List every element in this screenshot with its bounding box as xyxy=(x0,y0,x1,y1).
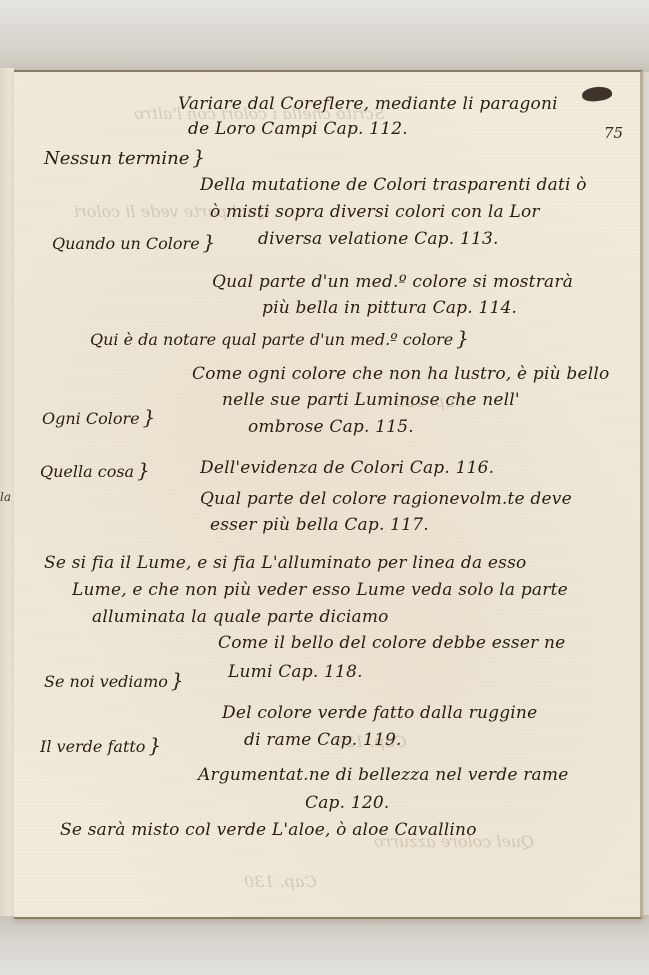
margin-note-text: Il verde fatto xyxy=(40,737,145,756)
entry-line: più bella in pittura Cap. 114. xyxy=(262,298,517,318)
margin-note: Se noi vediamo} xyxy=(44,668,184,692)
brace-icon: } xyxy=(143,405,156,429)
entry-line: Argumentat.ne di bellezza nel verde rame xyxy=(198,765,568,785)
folio-number: 75 xyxy=(604,124,623,142)
entry-line: de Loro Campi Cap. 112. xyxy=(188,119,408,139)
entry-line: di rame Cap. 119. xyxy=(244,730,402,750)
margin-note-text: Nessun termine xyxy=(44,148,189,169)
adjacent-page-fragment: la xyxy=(0,490,11,504)
brace-icon: } xyxy=(203,230,216,254)
margin-note: Il verde fatto} xyxy=(40,733,161,757)
entry-line: alluminata la quale parte diciamo xyxy=(92,607,389,627)
entry-line: Se si fia il Lume, e si fia L'alluminato… xyxy=(44,553,526,573)
brace-icon: } xyxy=(148,733,161,757)
brace-icon: } xyxy=(456,326,469,350)
entry-line: Qual parte d'un med.º colore si mostrarà xyxy=(212,272,573,292)
brace-icon: } xyxy=(171,668,184,692)
brace-icon: } xyxy=(192,145,205,169)
margin-note-text: Se noi vediamo xyxy=(44,672,168,691)
margin-note: Ogni Colore} xyxy=(42,405,155,429)
entry-line: Come il bello del colore debbe esser ne xyxy=(218,633,565,653)
entry-line: Dell'evidenza de Colori Cap. 116. xyxy=(200,458,494,478)
margin-note-text: Quando un Colore xyxy=(52,234,200,253)
photo-backdrop-bottom xyxy=(0,915,649,975)
entry-line: Se sarà misto col verde L'aloe, ò aloe C… xyxy=(60,820,477,840)
photo-backdrop-top xyxy=(0,0,649,72)
margin-note: Quella cosa} xyxy=(40,458,150,482)
entry-line: ò misti sopra diversi colori con la Lor xyxy=(210,202,540,222)
adjacent-page-edge: la xyxy=(0,68,15,916)
entry-line: Del colore verde fatto dalla ruggine xyxy=(222,703,537,723)
entry-line: Della mutatione de Colori trasparenti da… xyxy=(200,175,587,195)
entry-line: ombrose Cap. 115. xyxy=(248,417,414,437)
margin-note-text: Qui è da notare qual parte d'un med.º co… xyxy=(90,330,453,349)
brace-icon: } xyxy=(137,458,150,482)
entry-line: Qual parte del colore ragionevolm.te dev… xyxy=(200,489,572,509)
entry-line: diversa velatione Cap. 113. xyxy=(258,229,499,249)
entry-line: Lumi Cap. 118. xyxy=(228,662,363,682)
margin-note: Quando un Colore} xyxy=(52,230,215,254)
entry-line: esser più bella Cap. 117. xyxy=(210,515,429,535)
entry-line: Variare dal Coreflere, mediante li parag… xyxy=(178,94,558,114)
entry-line: nelle sue parti Luminose che nell' xyxy=(222,390,520,410)
entry-line: Come ogni colore che non ha lustro, è pi… xyxy=(192,364,609,384)
entry-line: Lume, e che non più veder esso Lume veda… xyxy=(72,580,568,600)
margin-note: Nessun termine} xyxy=(44,145,205,169)
entry-line: Cap. 120. xyxy=(305,793,389,813)
margin-note: Qui è da notare qual parte d'un med.º co… xyxy=(90,326,469,350)
bleed-through: Cap. 130 xyxy=(244,872,317,891)
margin-note-text: Quella cosa xyxy=(40,462,134,481)
margin-note-text: Ogni Colore xyxy=(42,409,140,428)
